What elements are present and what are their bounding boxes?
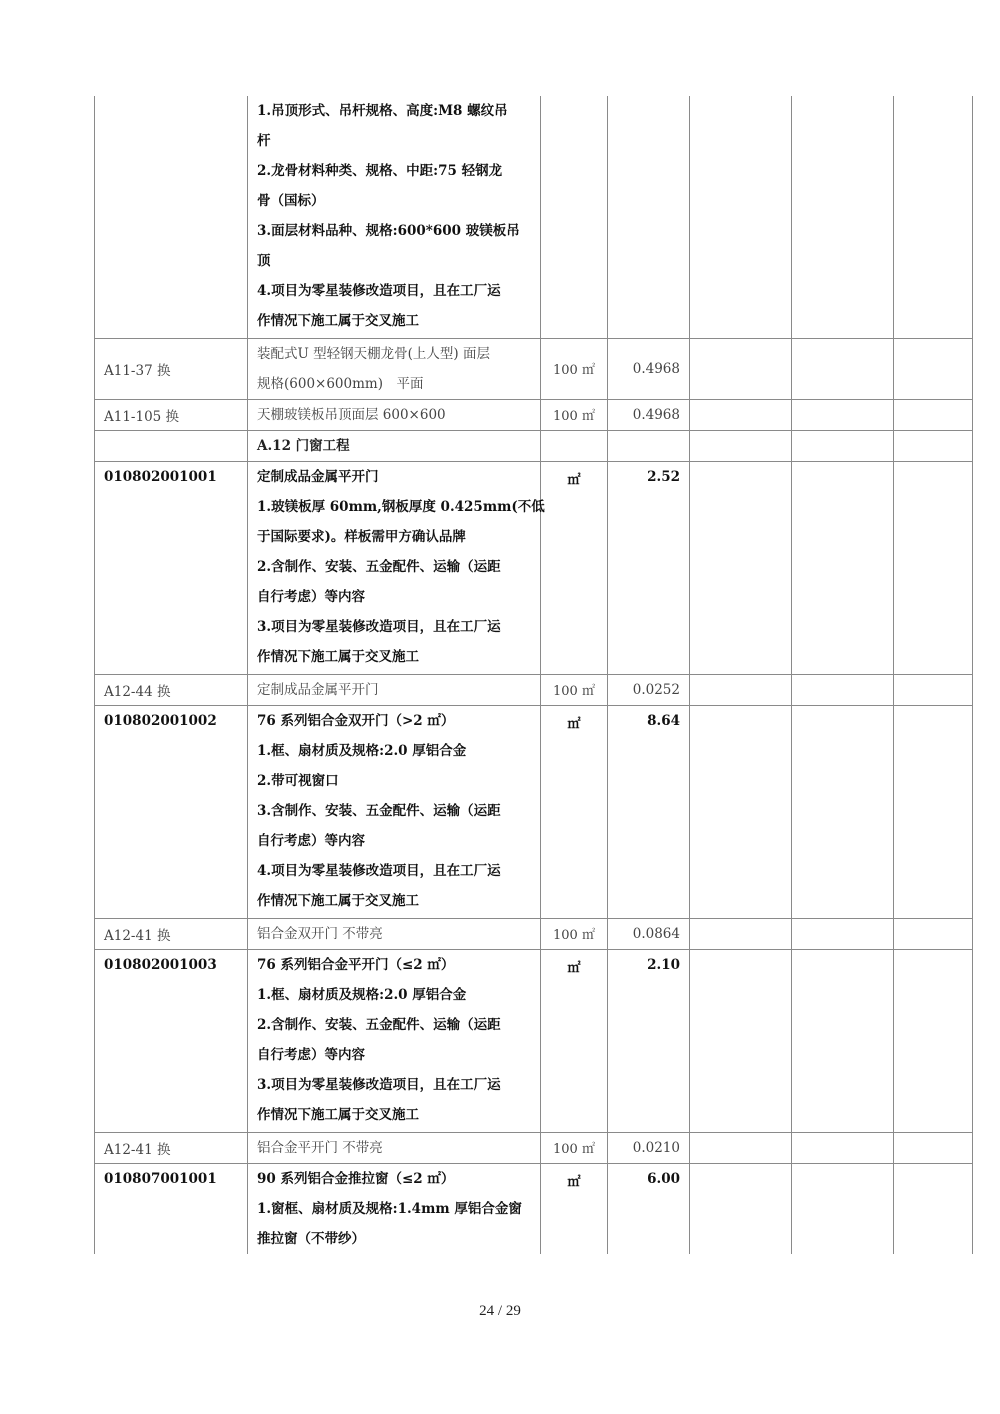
description-line: 4.项目为零星装修改造项目，且在工厂运 — [257, 856, 534, 886]
quota-row: A11-37 换装配式U 型轻钢天棚龙骨(上人型) 面层规格(600×600mm… — [95, 338, 973, 399]
quantity-text: 0.0864 — [633, 926, 680, 942]
unit-price-cell — [690, 461, 792, 674]
description-line: 1.吊顶形式、吊杆规格、高度:M8 螺纹吊 — [257, 96, 534, 126]
bill-of-quantities-table: 1.吊顶形式、吊杆规格、高度:M8 螺纹吊杆2.龙骨材料种类、规格、中距:75 … — [94, 96, 973, 1254]
quantity-text: 6.00 — [647, 1171, 680, 1187]
section-header-row: A.12 门窗工程 — [95, 430, 973, 461]
description-line: 自行考虑）等内容 — [257, 582, 534, 612]
item-row: 1.吊顶形式、吊杆规格、高度:M8 螺纹吊杆2.龙骨材料种类、规格、中距:75 … — [95, 96, 973, 338]
description-line: 90 系列铝合金推拉窗（≤2 ㎡） — [257, 1164, 534, 1194]
total-price-cell — [792, 338, 894, 399]
description-line: 规格(600×600mm) 平面 — [257, 369, 534, 399]
total-price-cell — [792, 674, 894, 705]
description-line: 4.项目为零星装修改造项目，且在工厂运 — [257, 276, 534, 306]
unit-text: ㎡ — [567, 717, 580, 732]
unit-text: ㎡ — [567, 961, 580, 976]
item-code-text: 010802001001 — [104, 469, 217, 485]
quantity: 0.4968 — [608, 338, 690, 399]
description-line: 自行考虑）等内容 — [257, 1040, 534, 1070]
description-line: 装配式U 型轻钢天棚龙骨(上人型) 面层 — [257, 339, 534, 369]
item-code-text: A12-44 换 — [104, 684, 170, 700]
item-code: A12-41 换 — [95, 918, 248, 949]
item-code-text: 010802001002 — [104, 713, 217, 729]
quantity-text: 0.4968 — [633, 407, 680, 423]
description-line: 作情况下施工属于交叉施工 — [257, 306, 534, 336]
item-code — [95, 430, 248, 461]
unit-text: 100 ㎡ — [553, 684, 595, 699]
unit: ㎡ — [541, 705, 608, 918]
page-number: 24 / 29 — [0, 1303, 1000, 1320]
description-line: 天棚玻镁板吊顶面层 600×600 — [257, 400, 534, 430]
total-price-cell — [792, 705, 894, 918]
remark-cell — [894, 705, 973, 918]
unit-price-cell — [690, 399, 792, 430]
item-code: 010802001003 — [95, 949, 248, 1132]
quantity: 2.52 — [608, 461, 690, 674]
item-description: 定制成品金属平开门 — [248, 674, 541, 705]
quantity: 0.0252 — [608, 674, 690, 705]
item-description: 铝合金双开门 不带亮 — [248, 918, 541, 949]
description-line: 于国际要求)。样板需甲方确认品牌 — [257, 522, 534, 552]
description-line: 铝合金双开门 不带亮 — [257, 919, 534, 949]
remark-cell — [894, 96, 973, 338]
total-price-cell — [792, 96, 894, 338]
item-row: 010802001001定制成品金属平开门1.玻镁板厚 60mm,钢板厚度 0.… — [95, 461, 973, 674]
description-line: 1.框、扇材质及规格:2.0 厚铝合金 — [257, 736, 534, 766]
remark-cell — [894, 338, 973, 399]
description-line: 1.窗框、扇材质及规格:1.4mm 厚铝合金窗 — [257, 1194, 534, 1224]
description-line: 3.含制作、安装、五金配件、运输（运距 — [257, 796, 534, 826]
description-line: 1.框、扇材质及规格:2.0 厚铝合金 — [257, 980, 534, 1010]
quota-row: A12-41 换铝合金平开门 不带亮100 ㎡0.0210 — [95, 1132, 973, 1163]
unit: 100 ㎡ — [541, 399, 608, 430]
unit-text: ㎡ — [567, 1175, 580, 1190]
total-price-cell — [792, 1132, 894, 1163]
quantity-text: 0.0210 — [633, 1140, 680, 1156]
unit-text: ㎡ — [567, 473, 580, 488]
description-line: 杆 — [257, 126, 534, 156]
description-line: A.12 门窗工程 — [257, 431, 534, 461]
item-code: 010802001002 — [95, 705, 248, 918]
item-code — [95, 96, 248, 338]
description-line: 76 系列铝合金平开门（≤2 ㎡） — [257, 950, 534, 980]
item-code: A12-41 换 — [95, 1132, 248, 1163]
description-line: 3.面层材料品种、规格:600*600 玻镁板吊 — [257, 216, 534, 246]
remark-cell — [894, 1132, 973, 1163]
description-line: 作情况下施工属于交叉施工 — [257, 1100, 534, 1130]
item-code: 010807001001 — [95, 1163, 248, 1254]
unit-price-cell — [690, 1163, 792, 1254]
item-code-text: 010807001001 — [104, 1171, 217, 1187]
description-line: 推拉窗（不带纱） — [257, 1224, 534, 1254]
item-description: 铝合金平开门 不带亮 — [248, 1132, 541, 1163]
unit-price-cell — [690, 705, 792, 918]
description-line: 骨（国标） — [257, 186, 534, 216]
quantity: 0.0864 — [608, 918, 690, 949]
unit-price-cell — [690, 918, 792, 949]
item-code-text: A11-105 换 — [104, 409, 179, 425]
quota-row: A12-41 换铝合金双开门 不带亮100 ㎡0.0864 — [95, 918, 973, 949]
quota-row: A12-44 换定制成品金属平开门100 ㎡0.0252 — [95, 674, 973, 705]
item-row: 01080200100276 系列铝合金双开门（>2 ㎡）1.框、扇材质及规格:… — [95, 705, 973, 918]
quantity — [608, 430, 690, 461]
quantity — [608, 96, 690, 338]
description-line: 3.项目为零星装修改造项目，且在工厂运 — [257, 1070, 534, 1100]
unit-price-cell — [690, 949, 792, 1132]
quantity: 6.00 — [608, 1163, 690, 1254]
total-price-cell — [792, 949, 894, 1132]
quantity: 2.10 — [608, 949, 690, 1132]
item-description: 76 系列铝合金平开门（≤2 ㎡）1.框、扇材质及规格:2.0 厚铝合金2.含制… — [248, 949, 541, 1132]
quantity-text: 0.0252 — [633, 682, 680, 698]
item-description: 天棚玻镁板吊顶面层 600×600 — [248, 399, 541, 430]
description-line: 2.龙骨材料种类、规格、中距:75 轻钢龙 — [257, 156, 534, 186]
unit-text: 100 ㎡ — [553, 928, 595, 943]
item-code: A11-105 换 — [95, 399, 248, 430]
remark-cell — [894, 949, 973, 1132]
description-line: 定制成品金属平开门 — [257, 675, 534, 705]
unit — [541, 430, 608, 461]
item-description: 90 系列铝合金推拉窗（≤2 ㎡）1.窗框、扇材质及规格:1.4mm 厚铝合金窗… — [248, 1163, 541, 1254]
remark-cell — [894, 918, 973, 949]
unit: ㎡ — [541, 1163, 608, 1254]
description-line: 76 系列铝合金双开门（>2 ㎡） — [257, 706, 534, 736]
description-line: 1.玻镁板厚 60mm,钢板厚度 0.425mm(不低 — [257, 492, 534, 522]
total-price-cell — [792, 399, 894, 430]
item-row: 01080200100376 系列铝合金平开门（≤2 ㎡）1.框、扇材质及规格:… — [95, 949, 973, 1132]
item-code: A12-44 换 — [95, 674, 248, 705]
unit: 100 ㎡ — [541, 338, 608, 399]
description-line: 3.项目为零星装修改造项目，且在工厂运 — [257, 612, 534, 642]
description-line: 自行考虑）等内容 — [257, 826, 534, 856]
unit-price-cell — [690, 1132, 792, 1163]
total-price-cell — [792, 430, 894, 461]
remark-cell — [894, 1163, 973, 1254]
total-price-cell — [792, 461, 894, 674]
item-description: 76 系列铝合金双开门（>2 ㎡）1.框、扇材质及规格:2.0 厚铝合金2.带可… — [248, 705, 541, 918]
description-line: 2.含制作、安装、五金配件、运输（运距 — [257, 552, 534, 582]
item-description: A.12 门窗工程 — [248, 430, 541, 461]
item-row: 01080700100190 系列铝合金推拉窗（≤2 ㎡）1.窗框、扇材质及规格… — [95, 1163, 973, 1254]
unit: 100 ㎡ — [541, 918, 608, 949]
unit: ㎡ — [541, 949, 608, 1132]
item-code-text: A12-41 换 — [104, 928, 170, 944]
item-description: 定制成品金属平开门1.玻镁板厚 60mm,钢板厚度 0.425mm(不低于国际要… — [248, 461, 541, 674]
total-price-cell — [792, 918, 894, 949]
description-line: 2.含制作、安装、五金配件、运输（运距 — [257, 1010, 534, 1040]
item-code: 010802001001 — [95, 461, 248, 674]
description-line: 顶 — [257, 246, 534, 276]
quota-row: A11-105 换天棚玻镁板吊顶面层 600×600100 ㎡0.4968 — [95, 399, 973, 430]
remark-cell — [894, 430, 973, 461]
quantity: 0.4968 — [608, 399, 690, 430]
unit: 100 ㎡ — [541, 1132, 608, 1163]
quantity: 0.0210 — [608, 1132, 690, 1163]
unit-price-cell — [690, 338, 792, 399]
item-description: 1.吊顶形式、吊杆规格、高度:M8 螺纹吊杆2.龙骨材料种类、规格、中距:75 … — [248, 96, 541, 338]
remark-cell — [894, 674, 973, 705]
description-line: 作情况下施工属于交叉施工 — [257, 886, 534, 916]
quantity-text: 8.64 — [647, 713, 680, 729]
description-line: 定制成品金属平开门 — [257, 462, 534, 492]
quantity-text: 2.52 — [647, 469, 680, 485]
item-code-text: 010802001003 — [104, 957, 217, 973]
quantity-text: 2.10 — [647, 957, 680, 973]
item-code: A11-37 换 — [95, 338, 248, 399]
unit-text: 100 ㎡ — [553, 363, 595, 378]
item-code-text: A12-41 换 — [104, 1142, 170, 1158]
item-code-text: A11-37 换 — [104, 363, 170, 379]
unit-price-cell — [690, 96, 792, 338]
remark-cell — [894, 461, 973, 674]
unit: ㎡ — [541, 461, 608, 674]
item-description: 装配式U 型轻钢天棚龙骨(上人型) 面层规格(600×600mm) 平面 — [248, 338, 541, 399]
quantity: 8.64 — [608, 705, 690, 918]
description-line: 2.带可视窗口 — [257, 766, 534, 796]
quantity-text: 0.4968 — [633, 361, 680, 377]
unit-text: 100 ㎡ — [553, 1142, 595, 1157]
unit-price-cell — [690, 674, 792, 705]
unit-price-cell — [690, 430, 792, 461]
description-line: 铝合金平开门 不带亮 — [257, 1133, 534, 1163]
remark-cell — [894, 399, 973, 430]
total-price-cell — [792, 1163, 894, 1254]
description-line: 作情况下施工属于交叉施工 — [257, 642, 534, 672]
unit — [541, 96, 608, 338]
unit: 100 ㎡ — [541, 674, 608, 705]
unit-text: 100 ㎡ — [553, 409, 595, 424]
